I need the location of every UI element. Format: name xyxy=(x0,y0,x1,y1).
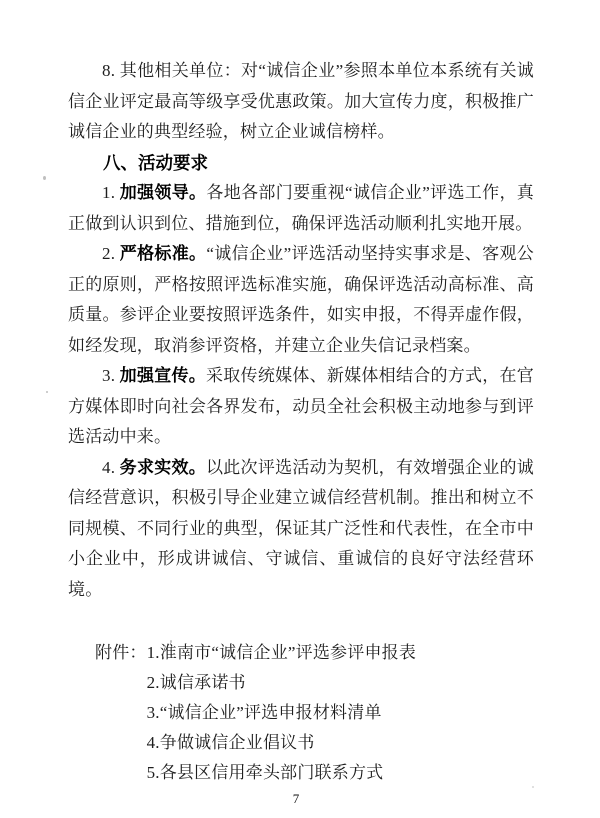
attachment-item-1: 1.淮南市“诚信企业”评选参评申报表 xyxy=(147,638,534,668)
section-heading: 八、活动要求 xyxy=(68,148,534,179)
requirement-2-lead: 严格标准。 xyxy=(120,244,207,263)
requirement-item-1: 1. 加强领导。各地各部门要重视“诚信企业”评选工作，真正做到认识到位、措施到位… xyxy=(68,178,534,239)
scan-speck xyxy=(43,176,46,180)
attachments-list: 1.淮南市“诚信企业”评选参评申报表 2.诚信承诺书 3.“诚信企业”评选申报材… xyxy=(147,638,534,788)
attachment-item-3: 3.“诚信企业”评选申报材料清单 xyxy=(147,698,534,728)
scan-speck xyxy=(46,391,48,393)
requirement-item-2: 2. 严格标准。“诚信企业”评选活动坚持实事求是、客观公正的原则，严格按照评选标… xyxy=(68,239,534,361)
requirement-item-3: 3. 加强宣传。采取传统媒体、新媒体相结合的方式，在官方媒体即时向社会各界发布，… xyxy=(68,361,534,453)
requirement-4-body: 以此次评选活动为契机，有效增强企业的诚信经营意识，积极引导企业建立诚信经营机制。… xyxy=(68,458,534,599)
page-number: 7 xyxy=(0,791,592,807)
requirement-3-number: 3. xyxy=(102,366,120,385)
requirement-4-number: 4. xyxy=(102,458,120,477)
paragraph-other-units: 8. 其他相关单位：对“诚信企业”参照本单位本系统有关诚信企业评定最高等级享受优… xyxy=(68,56,534,148)
requirement-item-4: 4. 务求实效。以此次评选活动为契机，有效增强企业的诚信经营意识，积极引导企业建… xyxy=(68,453,534,606)
scan-speck xyxy=(170,640,172,643)
requirement-4-lead: 务求实效。 xyxy=(120,458,206,477)
requirement-2-number: 2. xyxy=(102,244,120,263)
requirement-3-lead: 加强宣传。 xyxy=(120,366,206,385)
requirement-1-number: 1. xyxy=(102,183,120,202)
scan-speck xyxy=(532,786,534,788)
document-body: 8. 其他相关单位：对“诚信企业”参照本单位本系统有关诚信企业评定最高等级享受优… xyxy=(68,56,534,788)
attachment-item-2: 2.诚信承诺书 xyxy=(147,668,534,698)
attachments-label: 附件： xyxy=(95,638,147,788)
attachment-item-5: 5.各县区信用牵头部门联系方式 xyxy=(147,758,534,788)
document-page: 8. 其他相关单位：对“诚信企业”参照本单位本系统有关诚信企业评定最高等级享受优… xyxy=(0,0,600,818)
attachments-block: 附件： 1.淮南市“诚信企业”评选参评申报表 2.诚信承诺书 3.“诚信企业”评… xyxy=(68,638,534,788)
attachment-item-4: 4.争做诚信企业倡议书 xyxy=(147,728,534,758)
requirement-1-lead: 加强领导。 xyxy=(120,183,207,202)
